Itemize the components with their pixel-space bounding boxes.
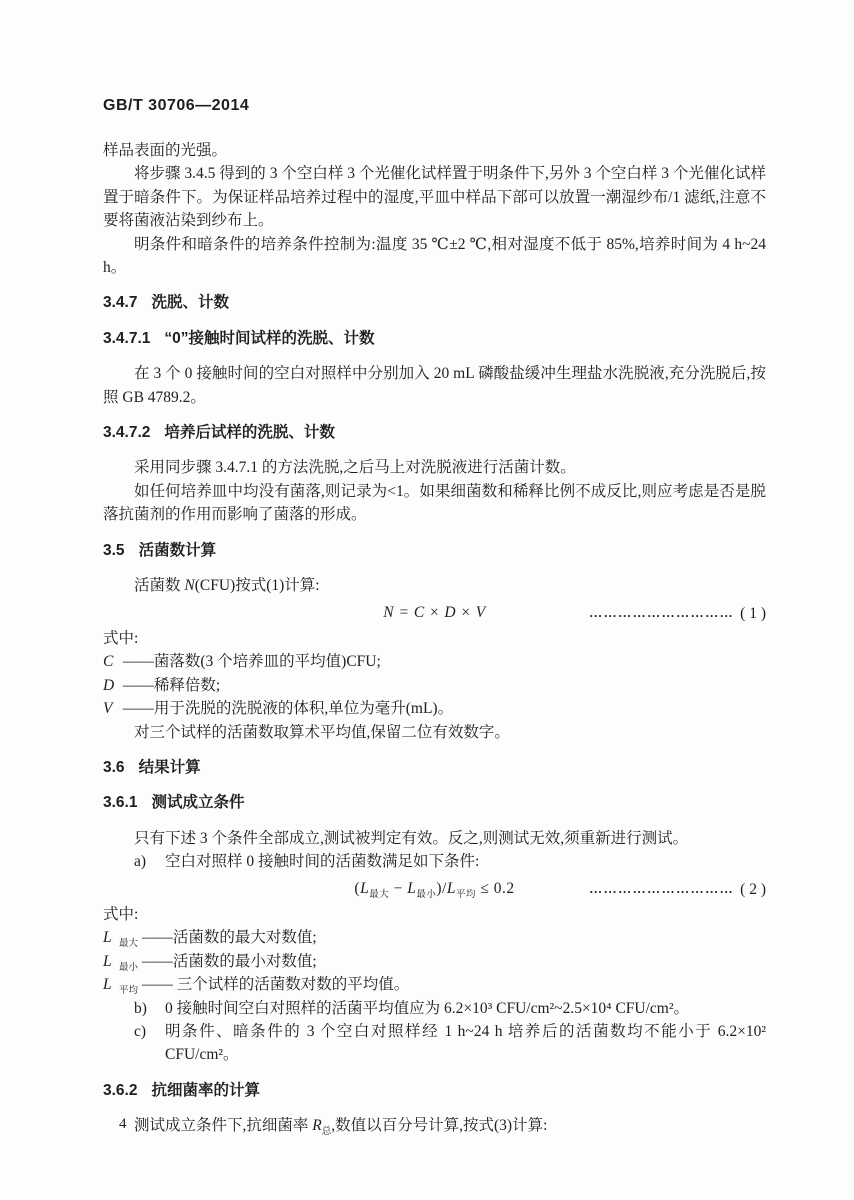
standard-code-header: GB/T 30706—2014 (103, 96, 766, 116)
heading-title: 测试成立条件 (151, 794, 244, 811)
definition-text: ——活菌数的最大对数值; (138, 929, 317, 946)
heading-3-6: 3.6结果计算 (103, 756, 766, 779)
text-pre: 活菌数 (134, 577, 184, 594)
formula-2: (L最大 − L最小)/L平均 ≤ 0.2 …………………………( 2 ) (103, 877, 766, 900)
definition-text: ——用于洗脱的洗脱液的体积,单位为毫升(mL)。 (119, 700, 453, 717)
formula-subscript-min: 最小 (416, 890, 436, 900)
definition-symbol: C (103, 650, 119, 673)
definition-V: V ——用于洗脱的洗脱液的体积,单位为毫升(mL)。 (103, 697, 766, 720)
definition-text: —— 三个试样的活菌数对数的平均值。 (138, 976, 409, 993)
paragraph-step-345: 将步骤 3.4.5 得到的 3 个空白样 3 个光催化试样置于明条件下,另外 3… (103, 162, 766, 232)
heading-3-4-7-2: 3.4.7.2培养后试样的洗脱、计数 (103, 421, 766, 444)
definition-D: D ——稀释倍数; (103, 674, 766, 697)
heading-title: 活菌数计算 (139, 542, 217, 559)
definition-text: ——稀释倍数; (119, 677, 220, 694)
formula-1-leader: …………………………( 1 ) (589, 601, 766, 625)
formula-subscript-avg: 平均 (456, 890, 476, 900)
definition-L-min: L最小 ——活菌数的最小对数值; (103, 950, 766, 973)
definition-symbol: L (103, 973, 119, 996)
formula-subscript: 总 (322, 1127, 332, 1137)
formula-2-leader: …………………………( 2 ) (589, 877, 766, 901)
definition-subscript: 最大 (119, 939, 138, 949)
heading-number: 3.6.1 (103, 794, 137, 811)
heading-number: 3.4.7 (103, 294, 137, 311)
paragraph-validity-intro: 只有下述 3 个条件全部成立,测试被判定有效。反之,则测试无效,须重新进行测试。 (103, 827, 766, 850)
heading-3-6-2: 3.6.2抗细菌率的计算 (103, 1079, 766, 1102)
list-item-label: c) (134, 1020, 146, 1043)
paragraph-3-4-7-2-colony: 如任何培养皿中均没有菌落,则记录为<1。如果细菌数和稀释比例不成反比,则应考虑是… (103, 480, 766, 527)
definition-C: C ——菌落数(3 个培养皿的平均值)CFU; (103, 650, 766, 673)
dot-leader: ………………………… (589, 881, 734, 896)
definition-symbol: V (103, 697, 119, 720)
list-item-c: c)明条件、暗条件的 3 个空白对照样经 1 h~24 h 培养后的活菌数均不能… (103, 1020, 766, 1067)
formula-subscript-max: 最大 (369, 890, 389, 900)
definition-symbol: L (103, 926, 119, 949)
comparison: ≤ 0.2 (476, 880, 515, 897)
where-label-2: 式中: (103, 903, 766, 926)
heading-title: “0”接触时间试样的洗脱、计数 (164, 330, 374, 347)
operator-divide: )/ (436, 880, 446, 897)
formula-symbol-N: N (184, 577, 194, 594)
heading-number: 3.6.2 (103, 1082, 137, 1099)
paragraph-light-intensity: 样品表面的光强。 (103, 139, 766, 162)
definition-L-avg: L平均 —— 三个试样的活菌数对数的平均值。 (103, 973, 766, 996)
list-item-label: b) (134, 997, 147, 1020)
list-item-text: 明条件、暗条件的 3 个空白对照样经 1 h~24 h 培养后的活菌数均不能小于… (165, 1023, 766, 1063)
text-pre: 测试成立条件下,抗细菌率 (134, 1117, 312, 1134)
definition-text: ——活菌数的最小对数值; (138, 953, 317, 970)
formula-symbol-L: L (447, 880, 456, 897)
heading-number: 3.6 (103, 759, 125, 776)
heading-title: 洗脱、计数 (151, 294, 229, 311)
heading-title: 抗细菌率的计算 (151, 1082, 260, 1099)
document-page: GB/T 30706—2014 样品表面的光强。 将步骤 3.4.5 得到的 3… (0, 0, 854, 1200)
paragraph-formula1-intro: 活菌数 N(CFU)按式(1)计算: (103, 574, 766, 597)
heading-number: 3.5 (103, 542, 125, 559)
page-number: 4 (119, 1116, 127, 1133)
definition-subscript: 平均 (119, 986, 138, 996)
heading-number: 3.4.7.2 (103, 424, 150, 441)
document-body: GB/T 30706—2014 样品表面的光强。 将步骤 3.4.5 得到的 3… (103, 96, 766, 1138)
list-item-text: 0 接触时间空白对照样的活菌平均值应为 6.2×10³ CFU/cm²~2.5×… (165, 1000, 689, 1017)
definition-text: ——菌落数(3 个培养皿的平均值)CFU; (119, 653, 381, 670)
paragraph-antibacterial-rate: 测试成立条件下,抗细菌率 R总,数值以百分号计算,按式(3)计算: (103, 1114, 766, 1137)
heading-3-6-1: 3.6.1测试成立条件 (103, 791, 766, 814)
heading-3-4-7: 3.4.7洗脱、计数 (103, 291, 766, 314)
heading-title: 结果计算 (139, 759, 201, 776)
where-label-1: 式中: (103, 627, 766, 650)
heading-3-5: 3.5活菌数计算 (103, 539, 766, 562)
paragraph-average: 对三个试样的活菌数取算术平均值,保留二位有效数字。 (103, 721, 766, 744)
list-item-b: b)0 接触时间空白对照样的活菌平均值应为 6.2×10³ CFU/cm²~2.… (103, 997, 766, 1020)
definition-L-max: L最大 ——活菌数的最大对数值; (103, 926, 766, 949)
list-item-text: 空白对照样 0 接触时间的活菌数满足如下条件: (165, 853, 479, 870)
definition-symbol: L (103, 950, 119, 973)
definition-symbol: D (103, 674, 119, 697)
paragraph-culture-conditions: 明条件和暗条件的培养条件控制为:温度 35 ℃±2 ℃,相对湿度不低于 85%,… (103, 233, 766, 280)
dot-leader: ………………………… (589, 605, 734, 620)
paragraph-3-4-7-2-elution: 采用同步骤 3.4.7.1 的方法洗脱,之后马上对洗脱液进行活菌计数。 (103, 456, 766, 479)
equation-number: ( 1 ) (740, 605, 766, 622)
equation-number: ( 2 ) (740, 881, 766, 898)
list-item-label: a) (134, 850, 146, 873)
operator-minus: − (389, 880, 407, 897)
heading-number: 3.4.7.1 (103, 330, 150, 347)
heading-title: 培养后试样的洗脱、计数 (164, 424, 335, 441)
text-post: (CFU)按式(1)计算: (195, 577, 320, 594)
text-post: ,数值以百分号计算,按式(3)计算: (331, 1117, 547, 1134)
formula-symbol-R: R (312, 1117, 321, 1134)
heading-3-4-7-1: 3.4.7.1“0”接触时间试样的洗脱、计数 (103, 327, 766, 350)
list-item-a: a)空白对照样 0 接触时间的活菌数满足如下条件: (103, 850, 766, 873)
paragraph-3-4-7-1: 在 3 个 0 接触时间的空白对照样中分别加入 20 mL 磷酸盐缓冲生理盐水洗… (103, 362, 766, 409)
formula-symbol-L: L (407, 880, 416, 897)
definition-subscript: 最小 (119, 963, 138, 973)
formula-1: N = C × D × V …………………………( 1 ) (103, 601, 766, 624)
formula-symbol-L: L (360, 880, 369, 897)
